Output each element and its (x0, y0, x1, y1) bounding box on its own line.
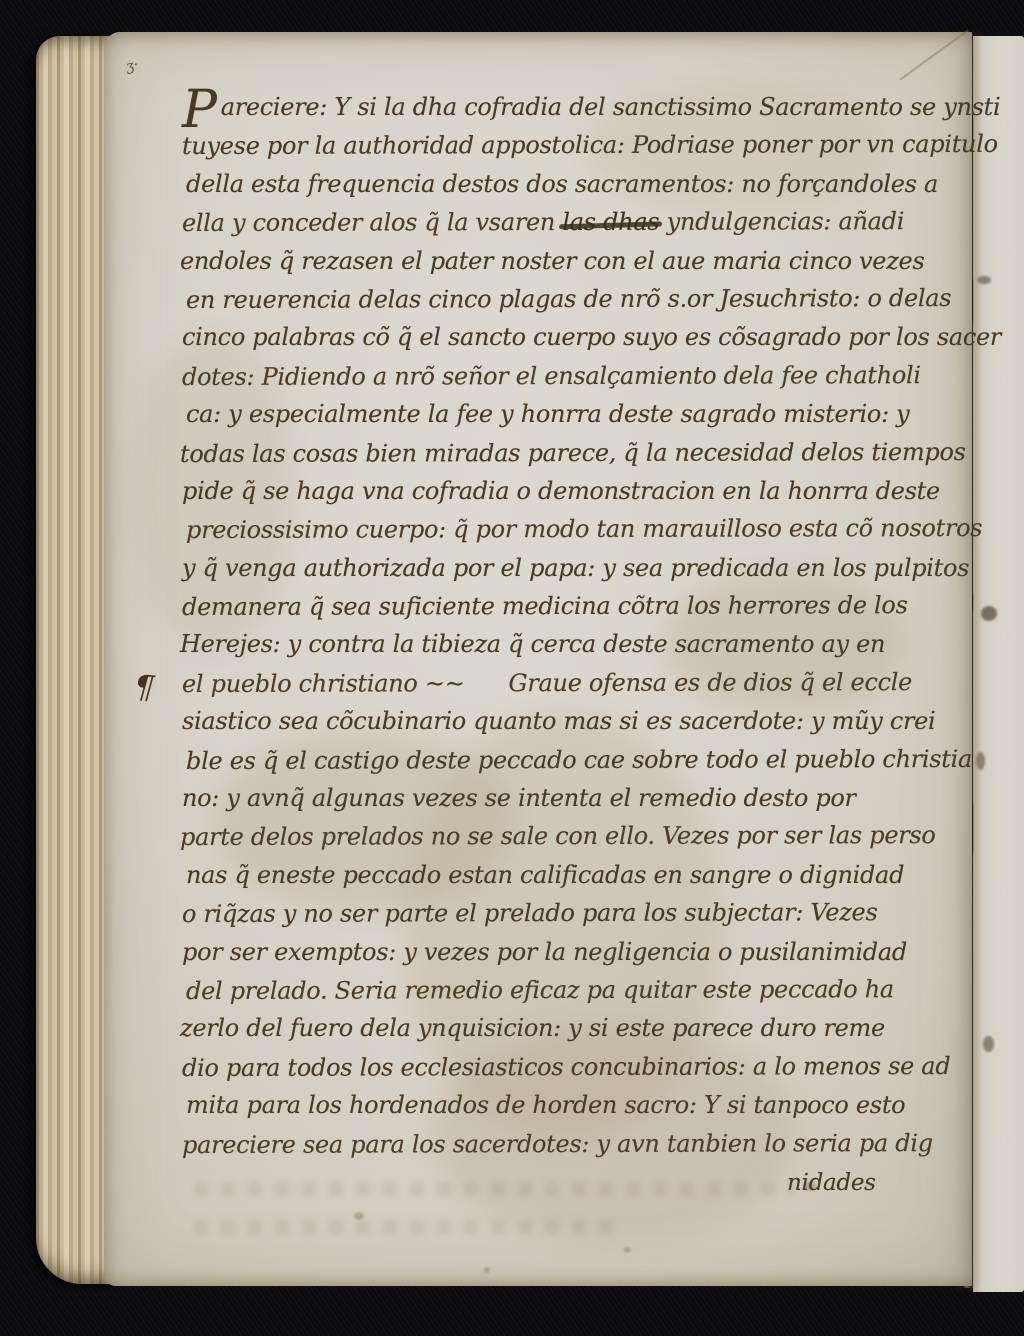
text-line: pareciere sea para los sacerdotes: y avn… (182, 1124, 954, 1164)
text-line: mita para los hordenados de horden sacro… (186, 1086, 954, 1124)
facing-page-ink-fragment (983, 1036, 994, 1052)
text-line: tuyese por la authoridad appostolica: Po… (182, 125, 954, 165)
text-line: en reuerencia delas cinco plagas de nrõ … (186, 279, 954, 319)
facing-page-ink-fragment (981, 606, 997, 621)
text-line: Pareciere: Y si la dha cofradia del sanc… (182, 88, 954, 126)
ink-spot (484, 1267, 490, 1273)
text-line: y q̃ venga authorizada por el papa: y se… (182, 549, 954, 587)
text-line: nas q̃ eneste peccado estan calificadas … (186, 856, 954, 894)
text-line: del prelado. Seria remedio eficaz pa qui… (186, 970, 954, 1010)
text-line: no: y avnq̃ algunas vezes se intenta el … (182, 779, 954, 817)
bleedthrough-ghost (194, 1182, 794, 1196)
quire-mark: ʒ· (124, 57, 139, 75)
text-line-content: areciere: Y si la dha cofradia del sanct… (221, 93, 1001, 121)
text-line: endoles q̃ rezasen el pater noster con e… (180, 242, 954, 280)
text-line: por ser exemptos: y vezes por la neglige… (182, 933, 954, 971)
catchword: nidades (787, 1170, 876, 1196)
corner-crease (899, 30, 968, 81)
text-line: zerlo del fuero dela ynquisicion: y si e… (180, 1009, 954, 1047)
text-line: siastico sea cõcubinario quanto mas si e… (182, 702, 954, 740)
ink-spot (624, 1247, 631, 1253)
paragraph-mark: ¶ (133, 667, 156, 706)
text-line: dotes: Pidiendo a nrõ señor el ensalçami… (182, 356, 954, 396)
text-line: demanera q̃ sea suficiente medicina cõtr… (182, 586, 954, 626)
photo-background: ʒ· ¶ Pareciere: Y si la dha cofradia del… (0, 0, 1024, 1336)
facing-page-edge (973, 36, 1024, 1292)
ink-spot (354, 1212, 364, 1220)
text-line: Herejes: y contra la tibieza q̃ cerca de… (180, 625, 954, 663)
text-line: ble es q̃ el castigo deste peccado cae s… (186, 740, 954, 780)
text-line: todas las cosas bien miradas parece, q̃ … (180, 433, 954, 473)
text-line: el pueblo christiano ∼∼ Graue ofensa es … (182, 663, 954, 703)
text-line: parte delos prelados no se sale con ello… (180, 816, 954, 856)
text-line: preciossisimo cuerpo: q̃ por modo tan ma… (186, 509, 954, 549)
manuscript-text: Pareciere: Y si la dha cofradia del sanc… (182, 88, 954, 1163)
text-line: cinco palabras cõ q̃ el sancto cuerpo su… (182, 318, 954, 356)
facing-page-ink-fragment (977, 276, 991, 284)
facing-page-ink-fragment (976, 752, 985, 770)
text-line: dio para todos los ecclesiasticos concub… (182, 1047, 954, 1087)
manuscript-page: ʒ· ¶ Pareciere: Y si la dha cofradia del… (104, 32, 972, 1286)
text-line: ella y conceder alos q̃ la vsaren las dh… (182, 202, 954, 242)
text-line-content: yndulgencias: añadi (659, 207, 904, 236)
text-line: pide q̃ se haga vna cofradia o demonstra… (182, 472, 954, 510)
struck-text: las dhas (562, 208, 659, 236)
text-line-content: ella y conceder alos q̃ la vsaren (182, 208, 562, 237)
text-line: ca: y especialmente la fee y honrra dest… (186, 395, 954, 433)
text-line: della esta frequencia destos dos sacrame… (186, 165, 954, 203)
text-line: o riq̃zas y no ser parte el prelado para… (182, 893, 954, 933)
bleedthrough-ghost (194, 1220, 624, 1234)
